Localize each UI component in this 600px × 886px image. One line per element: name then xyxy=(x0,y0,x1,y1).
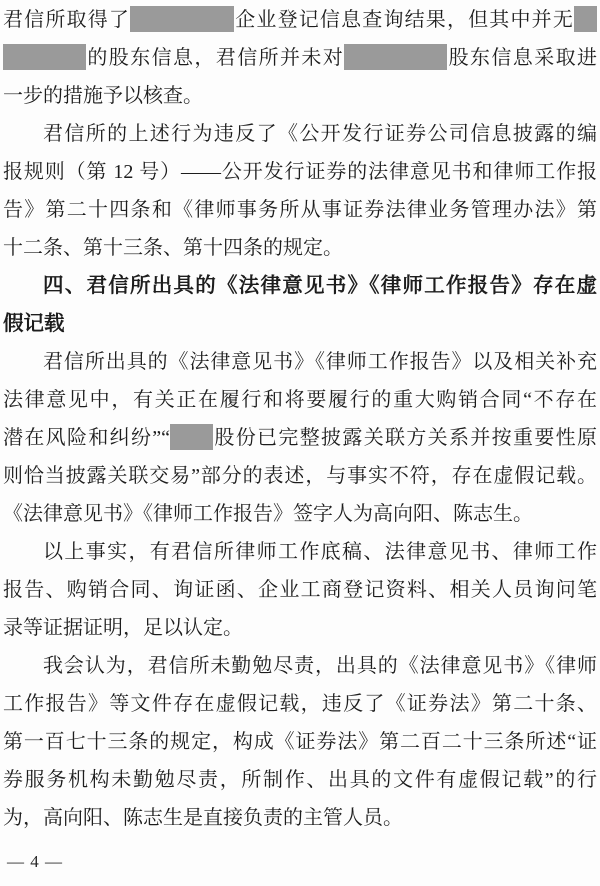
paragraph: 君信所出具的《法律意见书》《律师工作报告》以及相关补充 法律意见中，有关正在履行… xyxy=(3,343,597,533)
heading-text: 假记载 xyxy=(3,312,65,335)
text-line: 十二条、第十三条、第十四条的规定。 xyxy=(3,229,597,267)
heading-line: 四、君信所出具的《法律意见书》《律师工作报告》存在虚 xyxy=(3,267,597,305)
paragraph: 以上事实，有君信所律师工作底稿、法律意见书、律师工作 报告、购销合同、询证函、企… xyxy=(3,533,597,647)
text-segment: 券服务机构未勤勉尽责，所制作、出具的文件有虚假记载”的行 xyxy=(3,769,597,791)
text-line: 录等证据证明，足以认定。 xyxy=(3,609,597,647)
text-line: 我会认为，君信所未勤勉尽责，出具的《法律意见书》《律师 xyxy=(3,647,597,685)
redaction-block xyxy=(344,44,447,70)
text-line: 则恰当披露关联交易”部分的表述，与事实不符，存在虚假记载。 xyxy=(3,457,597,495)
paragraph: 君信所取得了企业登记信息查询结果，但其中并无 的股东信息，君信所并未对股东信息采… xyxy=(3,1,597,115)
text-segment: 一步的措施予以核查。 xyxy=(3,85,203,107)
redaction-block xyxy=(170,424,213,450)
text-segment: 则恰当披露关联交易”部分的表述，与事实不符，存在虚假记载。 xyxy=(3,465,597,487)
paragraph: 我会认为，君信所未勤勉尽责，出具的《法律意见书》《律师 工作报告》等文件存在虚假… xyxy=(3,647,597,837)
text-line: 报规则（第 12 号）——公开发行证券的法律意见书和律师工作报 xyxy=(3,153,597,191)
page-number: — 4 — xyxy=(7,852,597,872)
text-line: 君信所出具的《法律意见书》《律师工作报告》以及相关补充 xyxy=(3,343,597,381)
redaction-block xyxy=(130,6,234,32)
document-page: 君信所取得了企业登记信息查询结果，但其中并无 的股东信息，君信所并未对股东信息采… xyxy=(0,0,600,872)
text-line: 的股东信息，君信所并未对股东信息采取进 xyxy=(3,39,597,77)
text-segment: 工作报告》等文件存在虚假记载，违反了《证券法》第二十条、 xyxy=(3,693,597,715)
text-line: 为，高向阳、陈志生是直接负责的主管人员。 xyxy=(3,799,597,837)
text-segment: 股东信息采取进 xyxy=(447,47,597,69)
text-segment: 股份已完整披露关联方关系并按重要性原 xyxy=(213,427,597,449)
redaction-block xyxy=(3,44,86,70)
heading-line: 假记载 xyxy=(3,305,597,343)
text-segment: 君信所的上述行为违反了《公开发行证券公司信息披露的编 xyxy=(43,123,597,145)
text-line: 君信所的上述行为违反了《公开发行证券公司信息披露的编 xyxy=(3,115,597,153)
text-line: 券服务机构未勤勉尽责，所制作、出具的文件有虚假记载”的行 xyxy=(3,761,597,799)
text-segment: 告》第二十四条和《律师事务所从事证券法律业务管理办法》第 xyxy=(3,199,597,221)
text-segment: 潜在风险和纠纷”“ xyxy=(3,427,170,449)
text-segment: 以上事实，有君信所律师工作底稿、法律意见书、律师工作 xyxy=(43,541,597,563)
text-segment: 我会认为，君信所未勤勉尽责，出具的《法律意见书》《律师 xyxy=(43,655,597,677)
text-segment: 录等证据证明，足以认定。 xyxy=(3,617,243,639)
text-line: 第一百七十三条的规定，构成《证券法》第二百二十三条所述“证 xyxy=(3,723,597,761)
text-line: 君信所取得了企业登记信息查询结果，但其中并无 xyxy=(3,1,597,39)
text-line: 告》第二十四条和《律师事务所从事证券法律业务管理办法》第 xyxy=(3,191,597,229)
text-line: 《法律意见书》《律师工作报告》签字人为高向阳、陈志生。 xyxy=(3,495,597,533)
text-line: 一步的措施予以核查。 xyxy=(3,77,597,115)
text-line: 工作报告》等文件存在虚假记载，违反了《证券法》第二十条、 xyxy=(3,685,597,723)
text-segment: 法律意见中，有关正在履行和将要履行的重大购销合同“不存在 xyxy=(3,389,597,411)
text-segment: 君信所取得了 xyxy=(3,9,130,31)
text-segment: 企业登记信息查询结果，但其中并无 xyxy=(234,9,574,31)
text-segment: 十二条、第十三条、第十四条的规定。 xyxy=(3,237,343,259)
text-line: 以上事实，有君信所律师工作底稿、法律意见书、律师工作 xyxy=(3,533,597,571)
redaction-block xyxy=(574,6,597,32)
text-segment: 的股东信息，君信所并未对 xyxy=(86,47,344,69)
text-segment: 报告、购销合同、询证函、企业工商登记资料、相关人员询问笔 xyxy=(3,579,597,601)
paragraph: 君信所的上述行为违反了《公开发行证券公司信息披露的编 报规则（第 12 号）——… xyxy=(3,115,597,267)
text-line: 潜在风险和纠纷”“股份已完整披露关联方关系并按重要性原 xyxy=(3,419,597,457)
text-segment: 君信所出具的《法律意见书》《律师工作报告》以及相关补充 xyxy=(43,351,597,373)
text-segment: 报规则（第 12 号）——公开发行证券的法律意见书和律师工作报 xyxy=(3,161,597,183)
text-line: 法律意见中，有关正在履行和将要履行的重大购销合同“不存在 xyxy=(3,381,597,419)
heading-text: 四、君信所出具的《法律意见书》《律师工作报告》存在虚 xyxy=(43,274,597,297)
text-segment: 《法律意见书》《律师工作报告》签字人为高向阳、陈志生。 xyxy=(3,503,533,525)
text-segment: 为，高向阳、陈志生是直接负责的主管人员。 xyxy=(3,807,403,829)
text-line: 报告、购销合同、询证函、企业工商登记资料、相关人员询问笔 xyxy=(3,571,597,609)
section-heading: 四、君信所出具的《法律意见书》《律师工作报告》存在虚 假记载 xyxy=(3,267,597,343)
text-segment: 第一百七十三条的规定，构成《证券法》第二百二十三条所述“证 xyxy=(3,731,597,753)
